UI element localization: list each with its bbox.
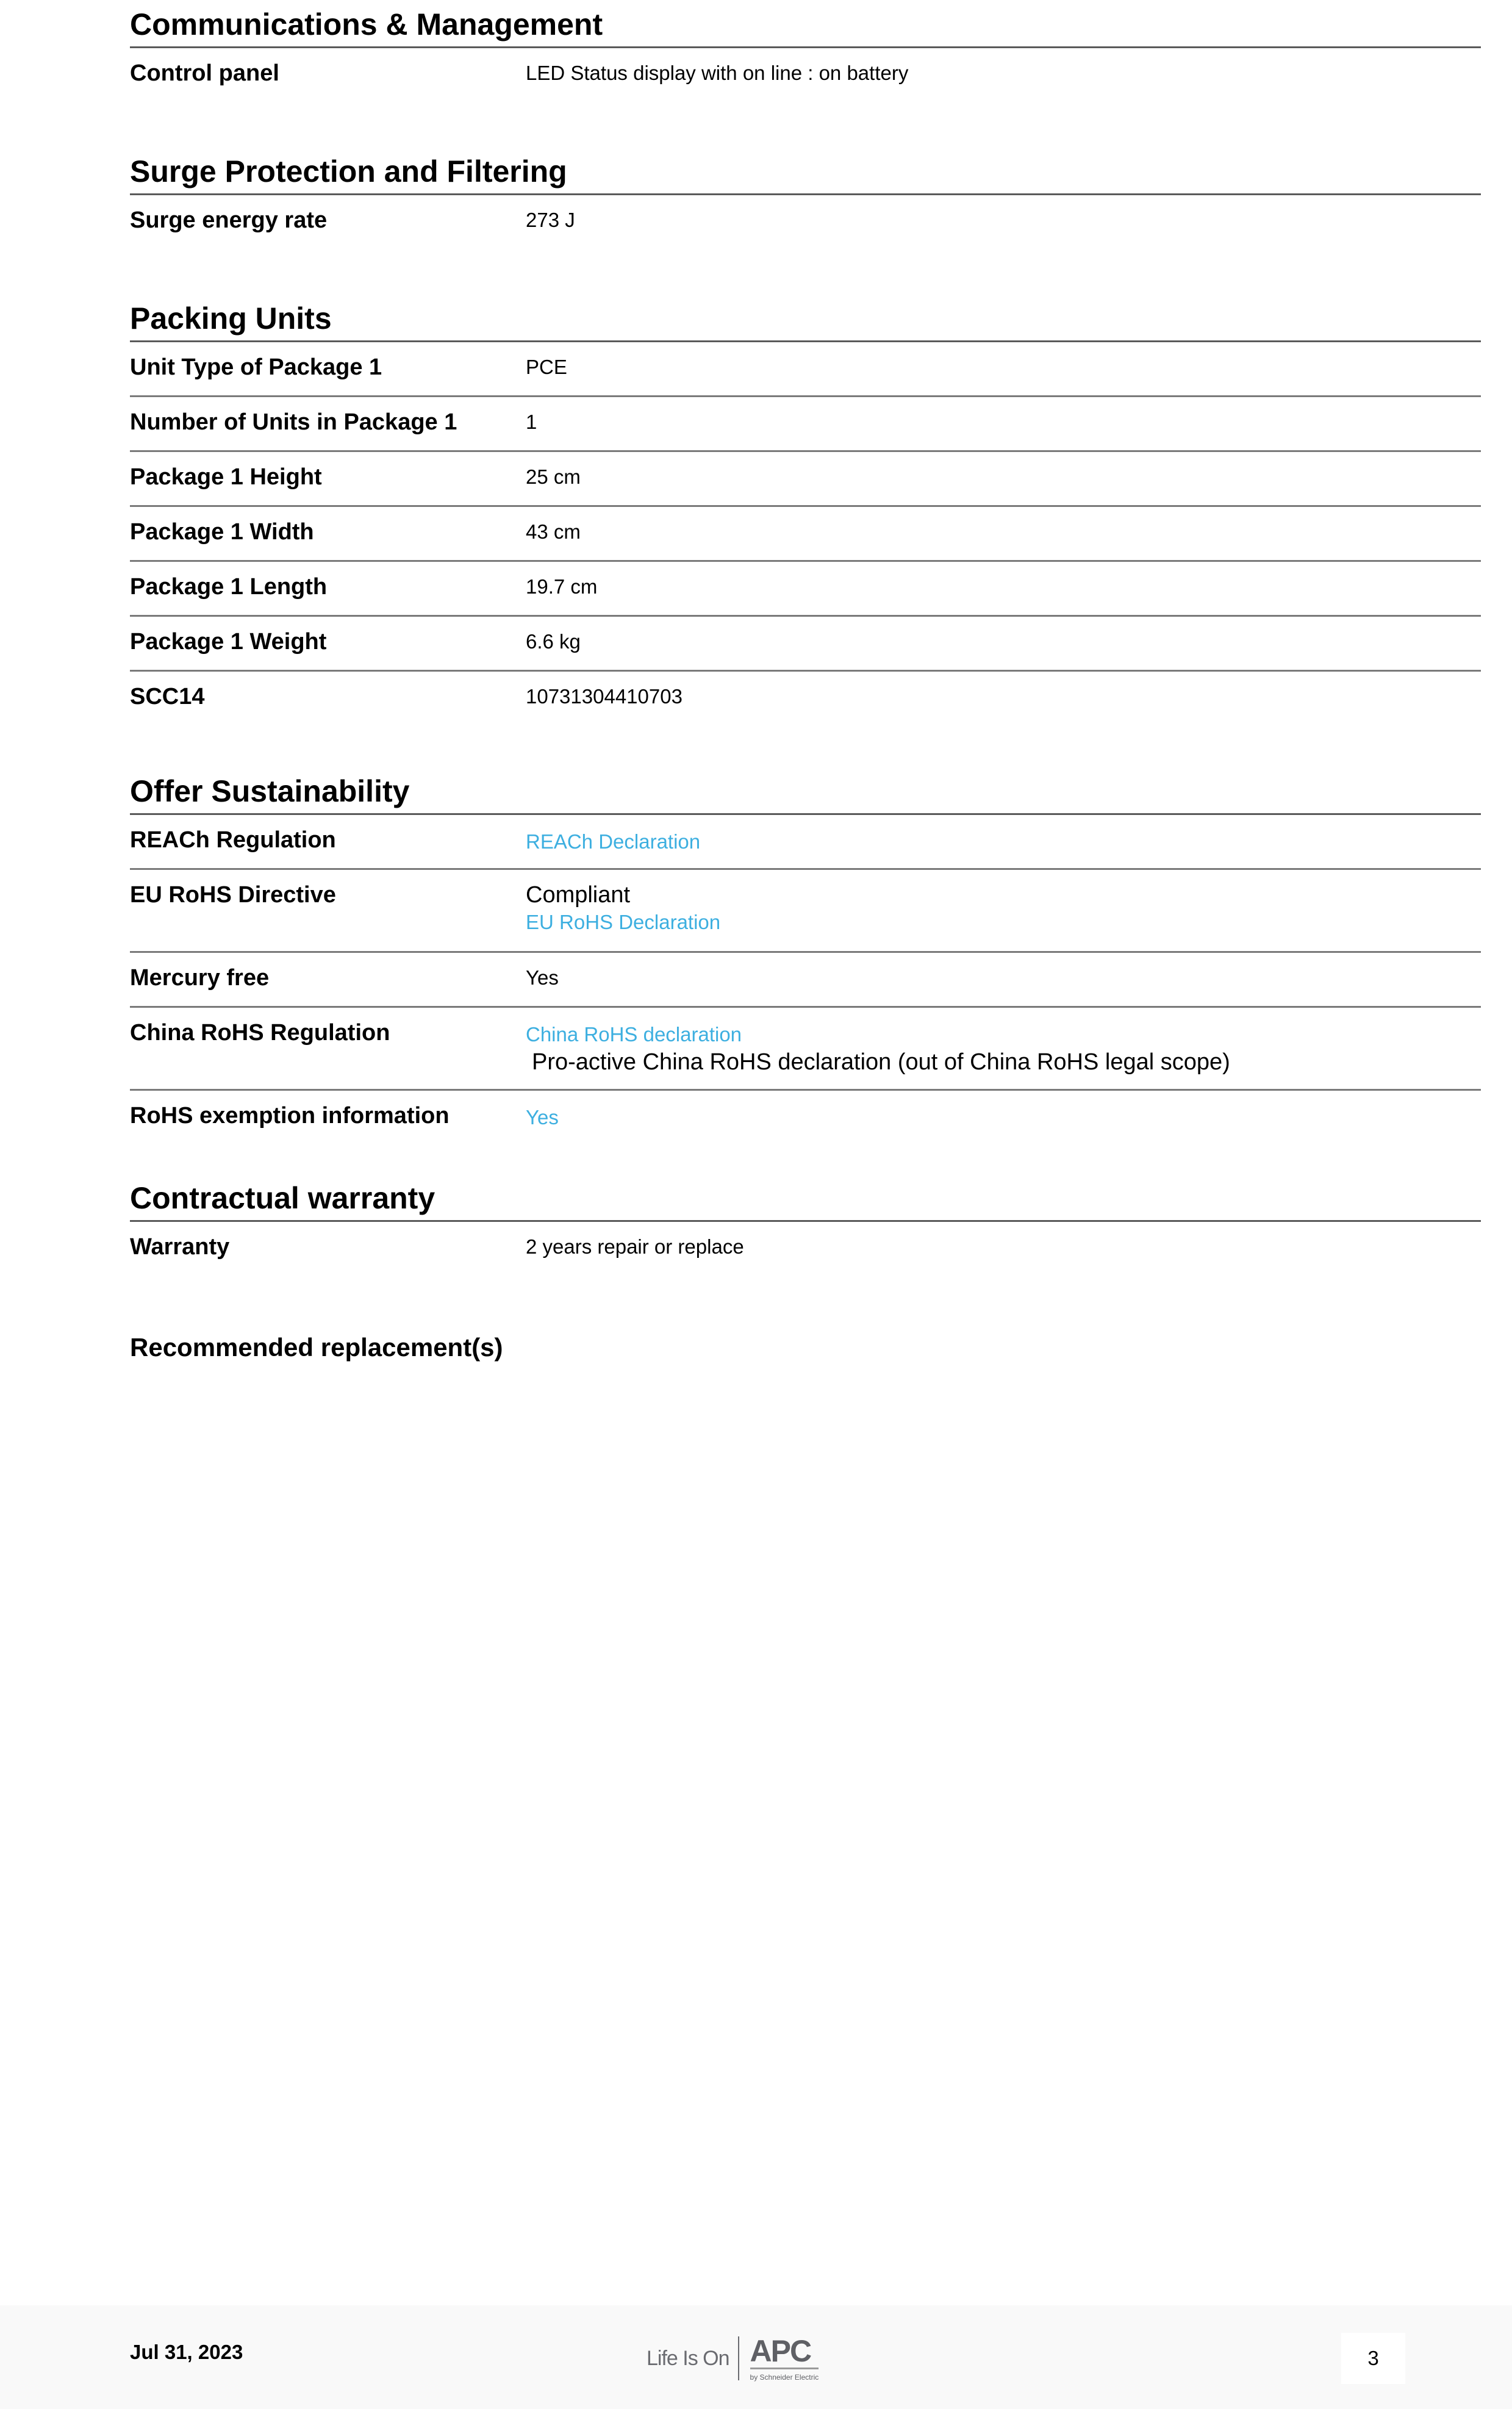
spec-row: Number of Units in Package 1 1 [130,397,1481,452]
spec-row: Package 1 Width 43 cm [130,507,1481,562]
spec-row: Package 1 Weight 6.6 kg [130,617,1481,672]
spec-label: Mercury free [130,953,526,1006]
spec-value: Yes [526,953,1481,1006]
spec-row: EU RoHS Directive Compliant EU RoHS Decl… [130,870,1481,953]
spec-row: RoHS exemption information Yes [130,1091,1481,1146]
spec-value: 273 J [526,195,1481,248]
spec-label: SCC14 [130,672,526,727]
spec-label: Number of Units in Package 1 [130,397,526,450]
spec-value: 43 cm [526,507,1481,560]
section-title: Communications & Management [130,0,1481,48]
life-is-on-tagline: Life Is On [647,2347,729,2371]
section-title: Offer Sustainability [130,767,1481,815]
spec-row: Unit Type of Package 1 PCE [130,342,1481,397]
section-communications: Communications & Management Control pane… [130,0,1481,101]
spec-row: China RoHS Regulation China RoHS declara… [130,1008,1481,1091]
spec-value: PCE [526,342,1481,395]
apc-wordmark: APC [750,2336,819,2369]
spec-label: Package 1 Length [130,562,526,615]
spec-row: Warranty 2 years repair or replace [130,1222,1481,1274]
section-title: Surge Protection and Filtering [130,147,1481,195]
section-packing-units: Packing Units Unit Type of Package 1 PCE… [130,294,1481,727]
spec-label: Package 1 Weight [130,617,526,670]
spec-label: Package 1 Height [130,452,526,505]
section-surge-protection: Surge Protection and Filtering Surge ene… [130,147,1481,248]
spec-value: China RoHS declaration Pro-active China … [526,1008,1481,1089]
spec-label: Warranty [130,1222,526,1274]
reach-declaration-link[interactable]: REACh Declaration [526,828,1481,855]
page-number: 3 [1341,2333,1405,2384]
spec-value: 2 years repair or replace [526,1222,1481,1274]
spec-value: 6.6 kg [526,617,1481,670]
section-offer-sustainability: Offer Sustainability REACh Regulation RE… [130,767,1481,1146]
spec-value: 19.7 cm [526,562,1481,615]
spec-label: Unit Type of Package 1 [130,342,526,395]
spec-value: Compliant EU RoHS Declaration [526,870,1481,951]
rohs-exemption-link[interactable]: Yes [526,1104,1481,1131]
spec-row: Package 1 Height 25 cm [130,452,1481,507]
spec-label: Package 1 Width [130,507,526,560]
footer-date: Jul 31, 2023 [130,2341,243,2364]
spec-row: Mercury free Yes [130,953,1481,1008]
spec-value: Yes [526,1091,1481,1146]
schneider-electric-subline: by Schneider Electric [750,2373,819,2382]
spec-row: Package 1 Length 19.7 cm [130,562,1481,617]
page-footer: Jul 31, 2023 Life Is On APC by Schneider… [0,2305,1512,2409]
spec-value: 1 [526,397,1481,450]
china-rohs-declaration-link[interactable]: China RoHS declaration [526,1021,1481,1048]
spec-value: 25 cm [526,452,1481,505]
spec-row: SCC14 10731304410703 [130,672,1481,727]
spec-label: Surge energy rate [130,195,526,248]
datasheet-content: Communications & Management Control pane… [130,0,1481,1362]
spec-value: REACh Declaration [526,815,1481,868]
recommended-replacements-title: Recommended replacement(s) [130,1333,1481,1362]
china-rohs-note: Pro-active China RoHS declaration (out o… [526,1048,1481,1076]
spec-label: RoHS exemption information [130,1091,526,1146]
logo-divider [738,2336,739,2380]
apc-brand-block: APC by Schneider Electric [750,2336,819,2382]
spec-label: Control panel [130,48,526,101]
spec-row: Control panel LED Status display with on… [130,48,1481,101]
spec-row: REACh Regulation REACh Declaration [130,815,1481,870]
spec-label: REACh Regulation [130,815,526,868]
apc-logo: Life Is On APC by Schneider Electric [647,2325,819,2392]
spec-value: LED Status display with on line : on bat… [526,48,1481,101]
spec-label: EU RoHS Directive [130,870,526,951]
spec-value: 10731304410703 [526,672,1481,727]
section-title: Contractual warranty [130,1174,1481,1222]
eu-rohs-declaration-link[interactable]: EU RoHS Declaration [526,909,1481,936]
compliance-status: Compliant [526,881,1481,909]
section-contractual-warranty: Contractual warranty Warranty 2 years re… [130,1174,1481,1274]
section-title: Packing Units [130,294,1481,342]
spec-label: China RoHS Regulation [130,1008,526,1089]
spec-row: Surge energy rate 273 J [130,195,1481,248]
